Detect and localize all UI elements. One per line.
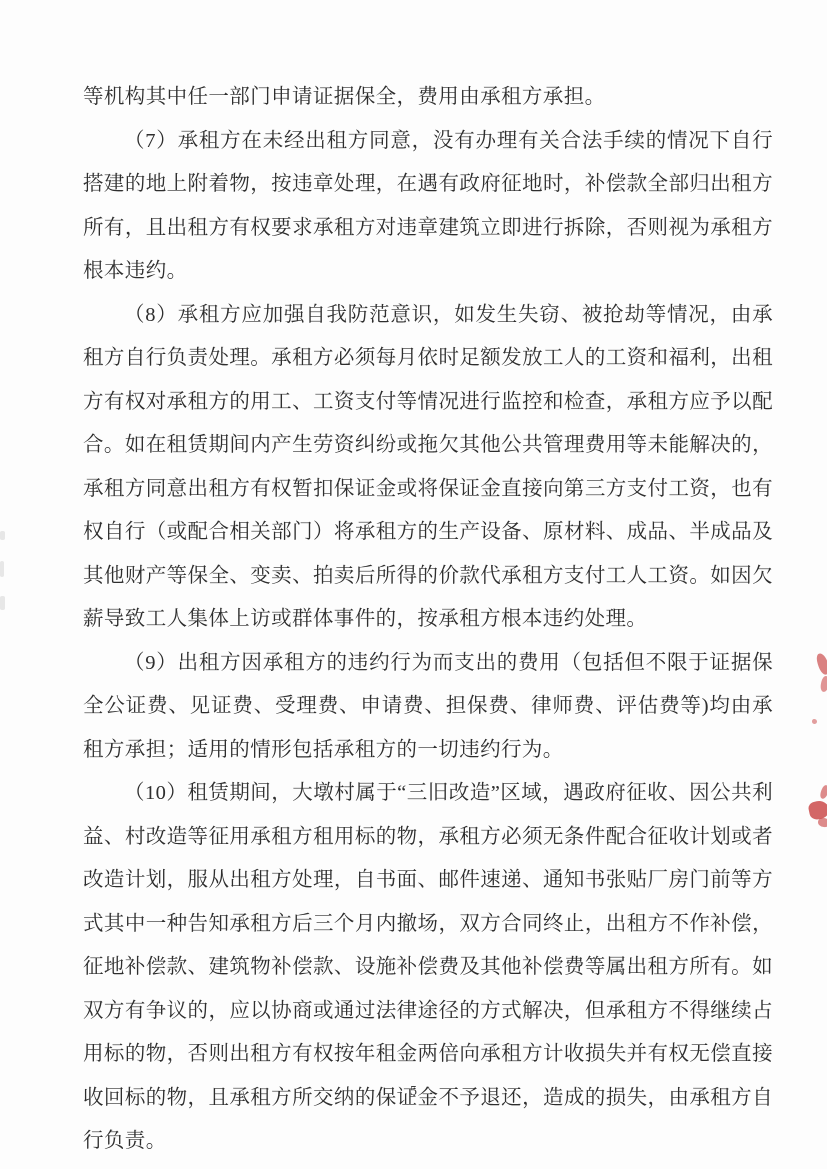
seal-mark [815,652,827,676]
paragraph: （10）租赁期间，大墩村属于“三旧改造”区域，遇政府征收、因公共利益、村改造等征… [83,772,773,1164]
paragraph: （8）承租方应加强自我防范意识，如发生失窃、被抢劫等情况，由承租方自行负责处理。… [83,294,773,642]
page-footer: 5 [0,1084,827,1100]
seal-mark [812,719,817,724]
scan-artifact [0,596,5,610]
seal-mark [819,784,827,800]
paragraph: （7）承租方在未经出租方同意，没有办理有关合法手续的情况下自行搭建的地上附着物，… [83,120,773,294]
paragraph: 等机构其中任一部门申请证据保全，费用由承租方承担。 [83,76,773,120]
scan-artifact [0,531,5,540]
seal-mark [817,817,827,828]
seal-mark [819,675,827,692]
seal-mark [807,799,827,821]
scan-artifact [0,561,4,577]
contract-body: 等机构其中任一部门申请证据保全，费用由承租方承担。（7）承租方在未经出租方同意，… [83,76,773,1164]
paragraph: （9）出租方因承租方的违约行为而支出的费用（包括但不限于证据保全公证费、见证费、… [83,642,773,773]
document-page: 等机构其中任一部门申请证据保全，费用由承租方承担。（7）承租方在未经出租方同意，… [0,0,827,1169]
page-number: 5 [410,1084,417,1099]
